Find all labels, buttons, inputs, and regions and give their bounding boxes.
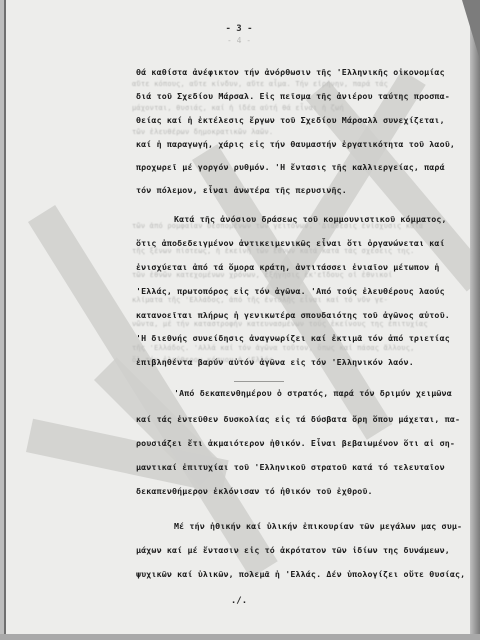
showthrough-text: μάχονται, θυσιάς, καί ἡ ἰδέα αὐτή θά εἶν…: [132, 104, 344, 112]
divider: [234, 381, 284, 382]
text-line: τόν πόλεμον, εἶναι ἀνωτέρα τῆς περυσινῆς…: [136, 185, 347, 195]
text-line: θά καθίστα ἀνέφικτον τήν ἀνόρθωσιν τῆς '…: [136, 67, 445, 77]
showthrough-text: τῶν ἐλευθέρων δημοκρατικῶν λαῶν.: [132, 128, 273, 136]
text-line: μαντικαί ἐπιτυχίαι τοῦ 'Ελληνικοῦ στρατο…: [136, 462, 445, 472]
text-line: ψυχικῶν καί ὑλικῶν, πολεμᾶ ἡ 'Ελλάς. Δέν…: [136, 569, 465, 579]
text-line: καί τάς ἐντεῦθεν δυσκολίας εἰς τά δύσβατ…: [136, 414, 460, 424]
text-line: 'Ελλάς, πρωτοπόρος εἰς τόν ἀγῶνα. 'Από τ…: [136, 286, 445, 296]
showthrough-text: τῆς ξένων πίστεως, ἡ ἐκείνη τῶν ἔθνων κα…: [132, 247, 415, 255]
showthrough-text: νῶντα, μέ τήν καταστροφήν κατευνασμένων …: [132, 320, 428, 328]
page-number: - 3 -: [6, 24, 472, 34]
text-line: διά τοῦ Σχεδίου Μάρσαλ. Εἰς πεῖσμα τῆς ἀ…: [136, 91, 450, 101]
text-line: 'Από δεκαπενθημέρου ὁ στρατός, παρά τόν …: [174, 388, 452, 398]
text-line: μάχων καί μέ ἔντασιν εἰς τό ἀκρότατον τῶ…: [136, 545, 450, 555]
page-bottom-edge: [0, 634, 480, 640]
showthrough-text: κλίματα τῆς 'Ελλάδος, ἀπό τῆς ἐντολῆς εἶ…: [132, 296, 388, 304]
text-line: Μέ τήν ἠθικήν καί ὑλικήν ἐπικουρίαν τῶν …: [174, 521, 462, 531]
text-line: Κατά τῆς ἀνόσιου δράσεως τοῦ κομμουνιστι…: [174, 214, 447, 224]
showthrough-text: τῶν ἐθνῶν κατεχομένων χρόνων, ἐξήγησις ἐ…: [132, 271, 392, 279]
text-line: θείας καί ἡ ἐκτέλεσις ἔργων τοῦ Σχεδίου …: [136, 115, 445, 125]
showthrough-text: τῆς 'Ελλάδος. 'Αλλά καί τόν ἀγῶνα τοῦτον…: [132, 344, 415, 352]
text-line: ὅτις ἀποδεδειγμένον ἀντικειμενικῶς εἶναι…: [136, 238, 445, 248]
document-page: - 4 - - 3 - αὔτε κόπους, αὔτε κίνδυν, αὔ…: [4, 0, 472, 636]
text-line: δεκαπενθήμερον ἐκλόνισαν τό ἠθικόν τοῦ ἐ…: [136, 486, 373, 496]
text-line: ἐνισχύεται ἀπό τά ὅμορα κράτη, ἀντιτάσσε…: [136, 262, 440, 272]
text-line: ἐπιβληθέντα βαρύν αὐτόν ἀγῶνα εἰς τόν 'Ε…: [136, 357, 414, 367]
text-line: 'Η διεθνής συνείδησις ἀναγνωρίζει καί ἐκ…: [136, 333, 450, 343]
text-line: ρουσιάζει ἔτι ἀκμαιότερον ἠθικόν. Εἶναι …: [136, 438, 455, 448]
back-page-number: - 4 -: [6, 36, 472, 45]
text-line: καί ἡ παραγωγή, χάρις εἰς τήν θαυμαστήν …: [136, 139, 455, 149]
page-edge: [470, 0, 480, 640]
showthrough-text: αὔτε κόπους, αὔτε κίνδυν, αὔτε αἷμα. Τήν…: [132, 80, 388, 88]
page-corner: [462, 0, 480, 60]
text-line: κατανοεῖται πλήρως ἡ γενικωτέρα σπουδαιό…: [136, 310, 450, 320]
continuation-mark: ./.: [6, 596, 472, 606]
text-line: προχωρεῖ μέ γοργόν ρυθμόν. 'Η ἔντασις τῆ…: [136, 162, 445, 172]
